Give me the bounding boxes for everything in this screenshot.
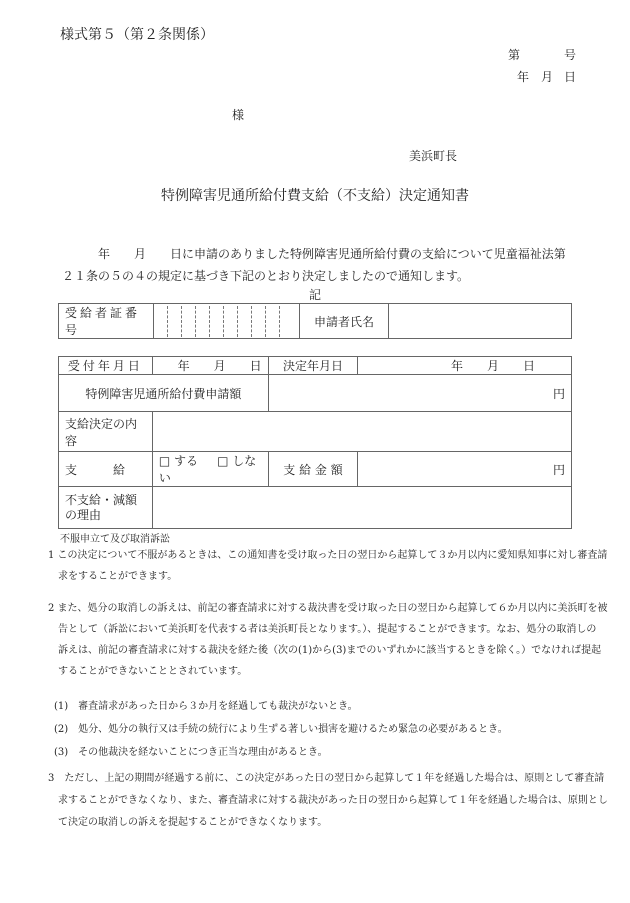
- digit-cell[interactable]: [224, 306, 238, 337]
- form-number: 様式第５（第２条関係）: [60, 24, 214, 44]
- appeal-item-3: 3 ただし、上記の期間が経過する前に、この決定があった日の翌日から起算して１年を…: [48, 768, 608, 834]
- reason-label-line-2: の理由: [65, 508, 146, 523]
- yen-unit: 円: [553, 387, 565, 401]
- appeal-item-2-line: することができないこととされています。: [48, 661, 608, 682]
- digit-cell[interactable]: [266, 306, 280, 337]
- issuer-name: 美浜町長: [409, 147, 457, 164]
- reason-field[interactable]: [152, 487, 571, 529]
- body-paragraph: 年 月 日に申請のありました特例障害児通所給付費の支給について児童福祉法第 ２１…: [62, 243, 572, 287]
- receipt-date-field[interactable]: 年 月 日: [152, 357, 268, 375]
- payment-amount-label: 支 給 金 額: [268, 452, 358, 487]
- digit-cell[interactable]: [196, 306, 210, 337]
- body-line-2: ２１条の５の４の規定に基づき下記のとおり決定しましたので通知します。: [62, 265, 572, 287]
- digit-cell[interactable]: [154, 306, 168, 337]
- appeal-item-3-line: 求することができなくなり、また、審査請求に対する裁決があった日の翌日から起算して…: [48, 790, 608, 812]
- appeal-heading: 不服申立て及び取消訴訟: [60, 530, 170, 545]
- appeal-item-2-line: 2 また、処分の取消しの訴えは、前記の審査請求に対する裁決書を受け取った日の翌日…: [48, 598, 608, 619]
- decision-date-label: 決定年月日: [268, 357, 358, 375]
- payment-yes-checkbox[interactable]: □ する: [159, 454, 198, 468]
- recipient-table: 受給者証番号 申請者氏名: [58, 303, 572, 339]
- appeal-item-2-line: 告として（訴訟において美浜町を代表する者は美浜町長となります。）、提起することが…: [48, 619, 608, 640]
- yen-unit: 円: [553, 463, 565, 477]
- reason-label: 不支給・減額 の理由: [59, 487, 153, 529]
- decision-date-field[interactable]: 年 月 日: [358, 357, 572, 375]
- decision-table: 受付年月日 年 月 日 決定年月日 年 月 日 特例障害児通所給付費申請額 円 …: [58, 356, 572, 529]
- requested-amount-label: 特例障害児通所給付費申請額: [59, 375, 269, 412]
- applicant-name-field[interactable]: [389, 304, 572, 339]
- payment-amount-field[interactable]: 円: [358, 452, 572, 487]
- ki-heading: 記: [0, 286, 630, 303]
- body-line-1: 年 月 日に申請のありました特例障害児通所給付費の支給について児童福祉法第: [62, 243, 572, 265]
- appeal-sub-item: (1) 審査請求があった日から３か月を経過しても裁決がないとき。: [54, 695, 508, 718]
- recipient-id-field[interactable]: [154, 304, 300, 339]
- appeal-item-1: 1 この決定について不服があるときは、この通知書を受け取った日の翌日から起算して…: [48, 545, 607, 587]
- digit-cell[interactable]: [280, 306, 294, 337]
- recipient-id-label: 受給者証番号: [59, 304, 154, 339]
- digit-cell[interactable]: [238, 306, 252, 337]
- appeal-sub-item: (3) その他裁決を経ないことにつき正当な理由があるとき。: [54, 741, 508, 764]
- appeal-sub-items: (1) 審査請求があった日から３か月を経過しても裁決がないとき。 (2) 処分、…: [54, 695, 508, 764]
- digit-cell[interactable]: [210, 306, 224, 337]
- digit-cell[interactable]: [168, 306, 182, 337]
- issue-date-year: 年: [517, 68, 529, 85]
- appeal-item-1-line: 求をすることができます。: [48, 566, 607, 587]
- issue-date-day: 日: [564, 68, 576, 85]
- appeal-sub-item: (2) 処分、処分の執行又は手続の続行により生ずる著しい損害を避けるため緊急の必…: [54, 718, 508, 741]
- decision-content-label: 支給決定の内容: [59, 412, 153, 452]
- appeal-item-1-line: 1 この決定について不服があるときは、この通知書を受け取った日の翌日から起算して…: [48, 545, 607, 566]
- requested-amount-field[interactable]: 円: [268, 375, 571, 412]
- receipt-date-label: 受付年月日: [59, 357, 153, 375]
- appeal-item-2: 2 また、処分の取消しの訴えは、前記の審査請求に対する裁決書を受け取った日の翌日…: [48, 598, 608, 682]
- digit-cell[interactable]: [252, 306, 266, 337]
- document-title: 特例障害児通所給付費支給（不支給）決定通知書: [0, 185, 630, 205]
- digit-cell[interactable]: [182, 306, 196, 337]
- issue-date-month: 月: [541, 68, 553, 85]
- applicant-name-label: 申請者氏名: [300, 304, 389, 339]
- document-number-suffix: 号: [564, 46, 576, 63]
- payment-options: □ する □ しない: [152, 452, 268, 487]
- decision-content-field[interactable]: [152, 412, 571, 452]
- appeal-item-3-line: 3 ただし、上記の期間が経過する前に、この決定があった日の翌日から起算して１年を…: [48, 768, 608, 790]
- reason-label-line-1: 不支給・減額: [65, 493, 146, 508]
- addressee-suffix: 様: [232, 106, 244, 123]
- payment-label: 支 給: [59, 452, 153, 487]
- appeal-item-2-line: 訴えは、前記の審査請求に対する裁決を経た後（次の(1)から(3)までのいずれかに…: [48, 640, 608, 661]
- document-number: 第: [508, 46, 520, 63]
- appeal-item-3-line: て決定の取消しの訴えを提起することができなくなります。: [48, 812, 608, 834]
